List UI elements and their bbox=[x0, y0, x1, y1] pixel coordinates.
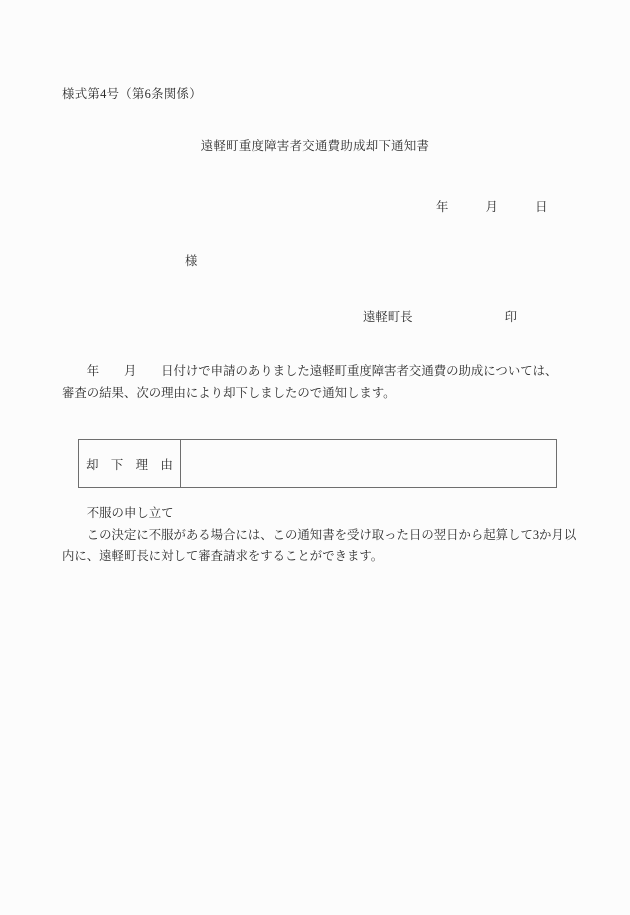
rejection-reason-label: 却 下 理 由 bbox=[79, 440, 181, 488]
rejection-reason-table: 却 下 理 由 bbox=[78, 439, 557, 488]
rejection-reason-value bbox=[181, 440, 557, 488]
appeal-section: 不服の申し立て この決定に不服がある場合には、この通知書を受け取った日の翌日から… bbox=[62, 503, 588, 568]
notification-body: 年 月 日付けで申請のありました遠軽町重度障害者交通費の助成については、 審査の… bbox=[62, 360, 584, 404]
issuer-line: 遠軽町長 印 bbox=[363, 307, 517, 325]
seal-mark: 印 bbox=[505, 310, 517, 324]
issuer-title: 遠軽町長 bbox=[363, 310, 413, 324]
table-row: 却 下 理 由 bbox=[79, 440, 557, 488]
document-title: 遠軽町重度障害者交通費助成却下通知書 bbox=[0, 136, 630, 154]
appeal-body: この決定に不服がある場合には、この通知書を受け取った日の翌日から起算して3か月以… bbox=[62, 525, 588, 568]
appeal-heading: 不服の申し立て bbox=[62, 503, 588, 525]
issue-date-line: 年 月 日 bbox=[436, 197, 548, 215]
document-page: 様式第4号（第6条関係） 遠軽町重度障害者交通費助成却下通知書 年 月 日 様 … bbox=[0, 0, 630, 915]
addressee-honorific: 様 bbox=[185, 251, 197, 269]
form-number: 様式第4号（第6条関係） bbox=[62, 84, 202, 102]
